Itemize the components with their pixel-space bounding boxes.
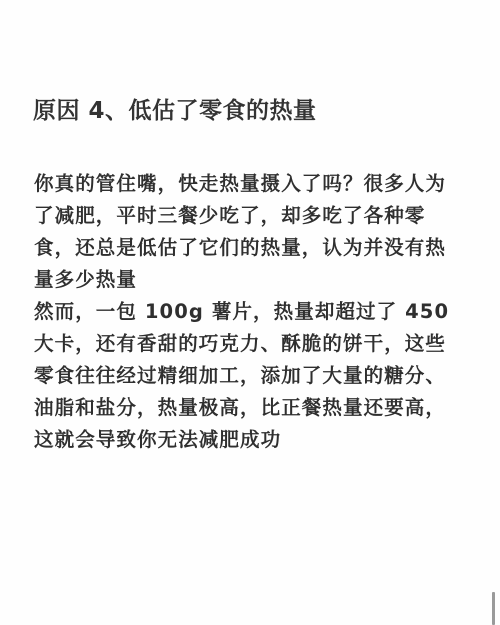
vertical-scrollbar[interactable] [492, 592, 495, 625]
paragraph-explanation: 然而，一包 100g 薯片，热量却超过了 450 大卡，还有香甜的巧克力、酥脆的… [34, 296, 466, 456]
note-body: 你真的管住嘴，快走热量摄入了吗？很多人为了减肥，平时三餐少吃了，却多吃了各种零食… [34, 168, 466, 456]
note-page: 原因 4、低估了零食的热量 你真的管住嘴，快走热量摄入了吗？很多人为了减肥，平时… [0, 0, 500, 625]
paragraph-intro: 你真的管住嘴，快走热量摄入了吗？很多人为了减肥，平时三餐少吃了，却多吃了各种零食… [34, 168, 466, 296]
section-title: 原因 4、低估了零食的热量 [33, 93, 317, 129]
